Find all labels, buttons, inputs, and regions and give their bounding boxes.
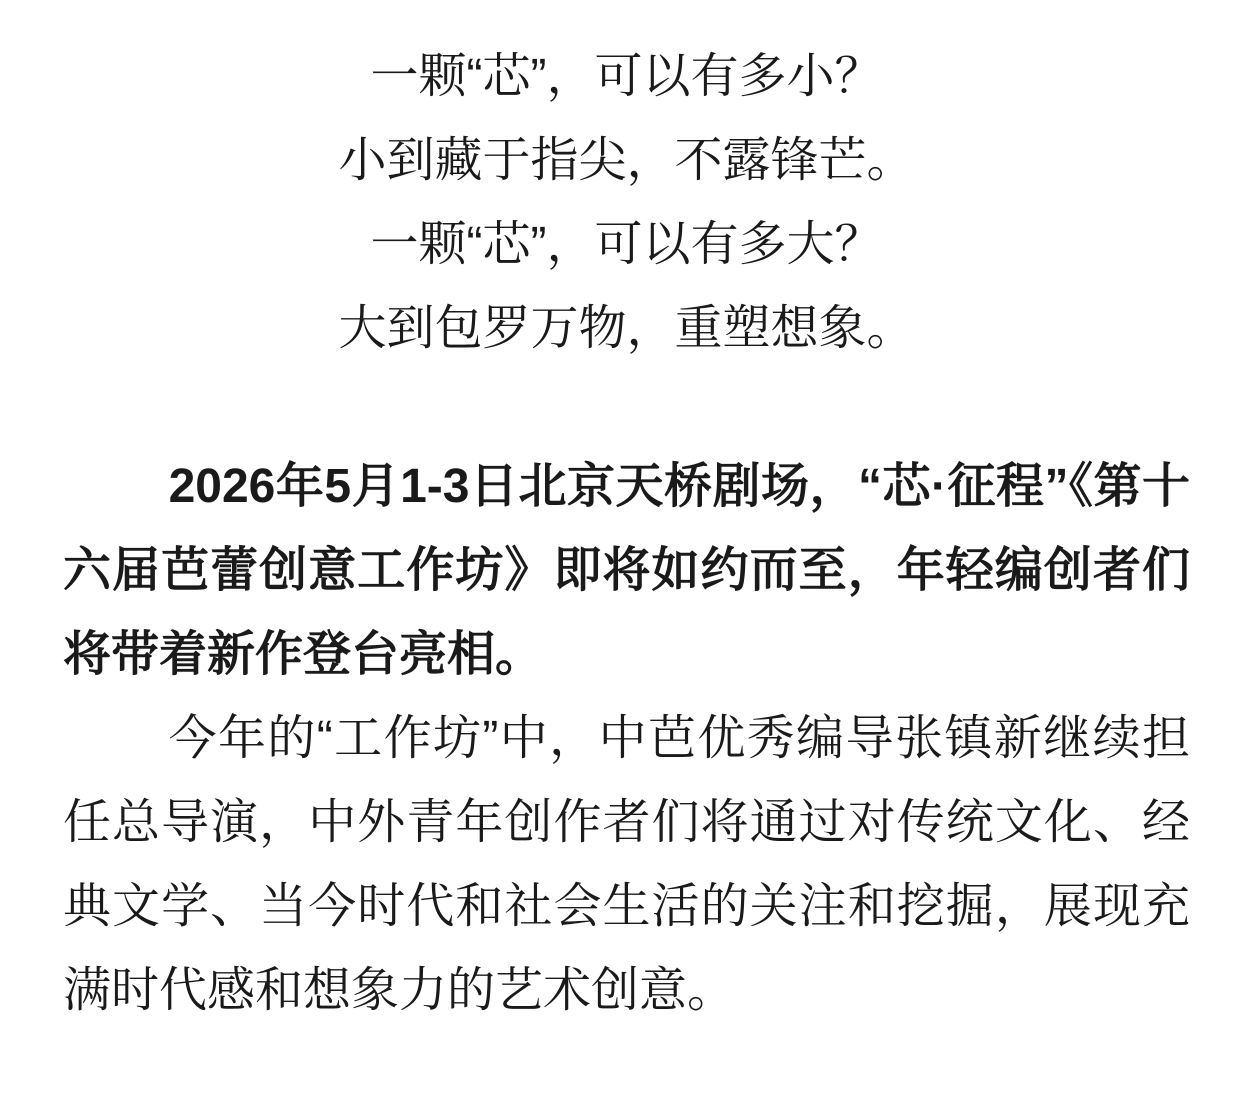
poem-block: 一颗“芯”，可以有多小？ 小到藏于指尖，不露锋芒。 一颗“芯”，可以有多大？ 大… [63, 35, 1190, 371]
body-paragraph: 今年的“工作坊”中，中芭优秀编导张镇新继续担任总导演，中外青年创作者们将通过对传… [63, 697, 1190, 1033]
article-page: 一颗“芯”，可以有多小？ 小到藏于指尖，不露锋芒。 一颗“芯”，可以有多大？ 大… [0, 0, 1256, 1093]
poem-line-4: 大到包罗万物，重塑想象。 [63, 287, 1190, 371]
announcement-paragraph: 2026年5月1-3日北京天桥剧场，“芯·征程”《第十六届芭蕾创意工作坊》即将如… [63, 445, 1190, 697]
poem-line-1: 一颗“芯”，可以有多小？ [63, 35, 1190, 119]
poem-line-2: 小到藏于指尖，不露锋芒。 [63, 119, 1190, 203]
poem-line-3: 一颗“芯”，可以有多大？ [63, 203, 1190, 287]
